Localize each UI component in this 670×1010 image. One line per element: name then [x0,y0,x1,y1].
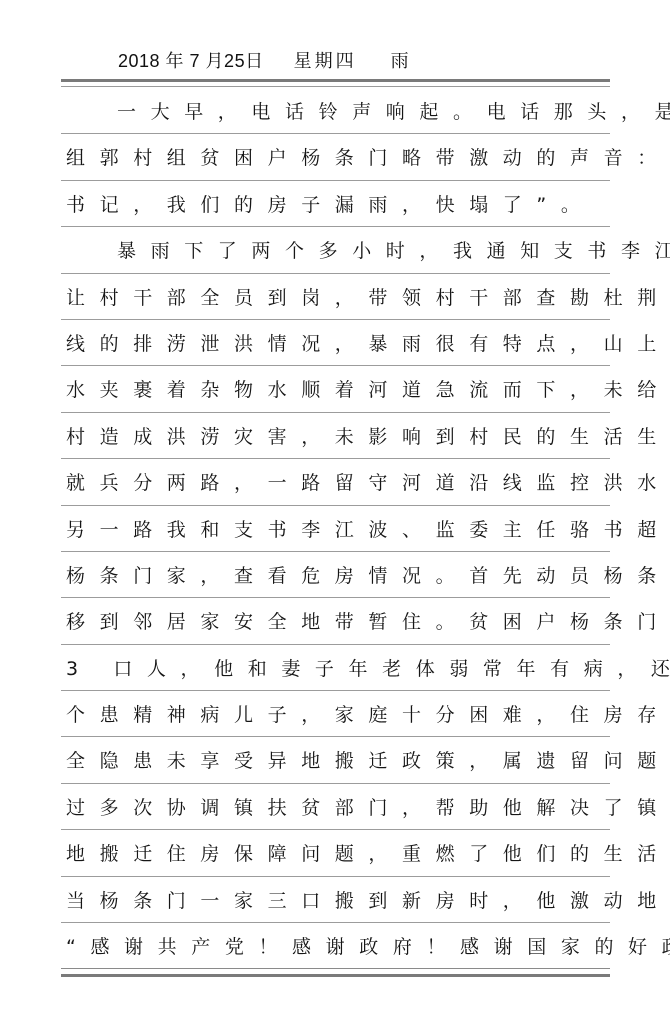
row-text: 线的排涝泄洪情况，暴雨很有特点，山上的雨 [66,332,610,356]
diary-weekday: 星期四 [294,47,357,73]
row-text: 过多次协调镇扶贫部门，帮助他解决了镇区异 [66,796,610,820]
row-text: 当杨条门一家三口搬到新房时，他激动地说： [66,889,610,913]
text-row: 另一路我和支书李江波、监委主任骆书超来到 [61,506,610,552]
row-text: 个患精神病儿子，家庭十分困难，住房存在安 [66,703,610,727]
text-row: 全隐患未享受异地搬迁政策，属遗留问题。经 [61,737,610,783]
text-row: 杨条门家，查看危房情况。首先动员杨条门转 [61,552,610,598]
row-text: 杨条门家，查看危房情况。首先动员杨条门转 [66,564,610,588]
row-text: 一大早，电话铃声响起。电话那头，是一 [117,100,610,124]
row-text: 另一路我和支书李江波、监委主任骆书超来到 [66,518,610,542]
row-text: “感谢共产党！感谢政府！感谢国家的好政 [66,935,610,959]
text-row: 当杨条门一家三口搬到新房时，他激动地说： [61,877,610,923]
text-row: 移到邻居家安全地带暂住。贫困户杨条门一家 [61,598,610,644]
row-text: 地搬迁住房保障问题，重燃了他们的生活希望。 [66,842,610,866]
row-text: 移到邻居家安全地带暂住。贫困户杨条门一家 [66,610,610,634]
text-row: 一大早，电话铃声响起。电话那头，是一 [61,88,610,134]
text-row: 村造成洪涝灾害，未影响到村民的生活生产。 [61,413,610,459]
text-row: 个患精神病儿子，家庭十分困难，住房存在安 [61,691,610,737]
diary-date: 2018 年 7 月25日 [118,47,264,73]
text-row: 让村干部全员到岗，带领村干部查勘杜荆河沿 [61,274,610,320]
diary-weather: 雨 [391,47,409,73]
text-row: “感谢共产党！感谢政府！感谢国家的好政 [61,923,610,969]
row-text: 3 口人，他和妻子年老体弱常年有病，还有 1 [66,657,610,681]
text-row: 地搬迁住房保障问题，重燃了他们的生活希望。 [61,830,610,876]
row-text: 让村干部全员到岗，带领村干部查勘杜荆河沿 [66,286,610,310]
text-row: 书记，我们的房子漏雨，快塌了”。 [61,181,610,227]
footer-divider-thick [61,974,610,977]
header-divider-thick [61,79,610,82]
text-row: 水夹裹着杂物水顺着河道急流而下，未给民湾 [61,366,610,412]
text-row: 组郭村组贫困户杨条门略带激动的声音：“程 [61,134,610,180]
row-text: 就兵分两路，一路留守河道沿线监控洪水情况, [66,471,610,495]
row-text: 书记，我们的房子漏雨，快塌了”。 [66,193,610,217]
text-row: 暴雨下了两个多小时，我通知支书李江波 [61,227,610,273]
row-text: 村造成洪涝灾害，未影响到村民的生活生产。 [66,425,610,449]
ruled-text-body: 一大早，电话铃声响起。电话那头，是一 组郭村组贫困户杨条门略带激动的声音：“程 … [61,88,610,969]
text-row: 3 口人，他和妻子年老体弱常年有病，还有 1 [61,645,610,691]
text-row: 线的排涝泄洪情况，暴雨很有特点，山上的雨 [61,320,610,366]
row-text: 全隐患未享受异地搬迁政策，属遗留问题。经 [66,749,610,773]
text-row: 过多次协调镇扶贫部门，帮助他解决了镇区异 [61,784,610,830]
row-text: 组郭村组贫困户杨条门略带激动的声音：“程 [66,146,610,170]
row-text: 水夹裹着杂物水顺着河道急流而下，未给民湾 [66,378,610,402]
diary-header: 2018 年 7 月25日 星期四 雨 [118,48,409,72]
header-divider-thin [61,86,610,87]
row-text: 暴雨下了两个多小时，我通知支书李江波 [117,239,610,263]
text-row: 就兵分两路，一路留守河道沿线监控洪水情况, [61,459,610,505]
